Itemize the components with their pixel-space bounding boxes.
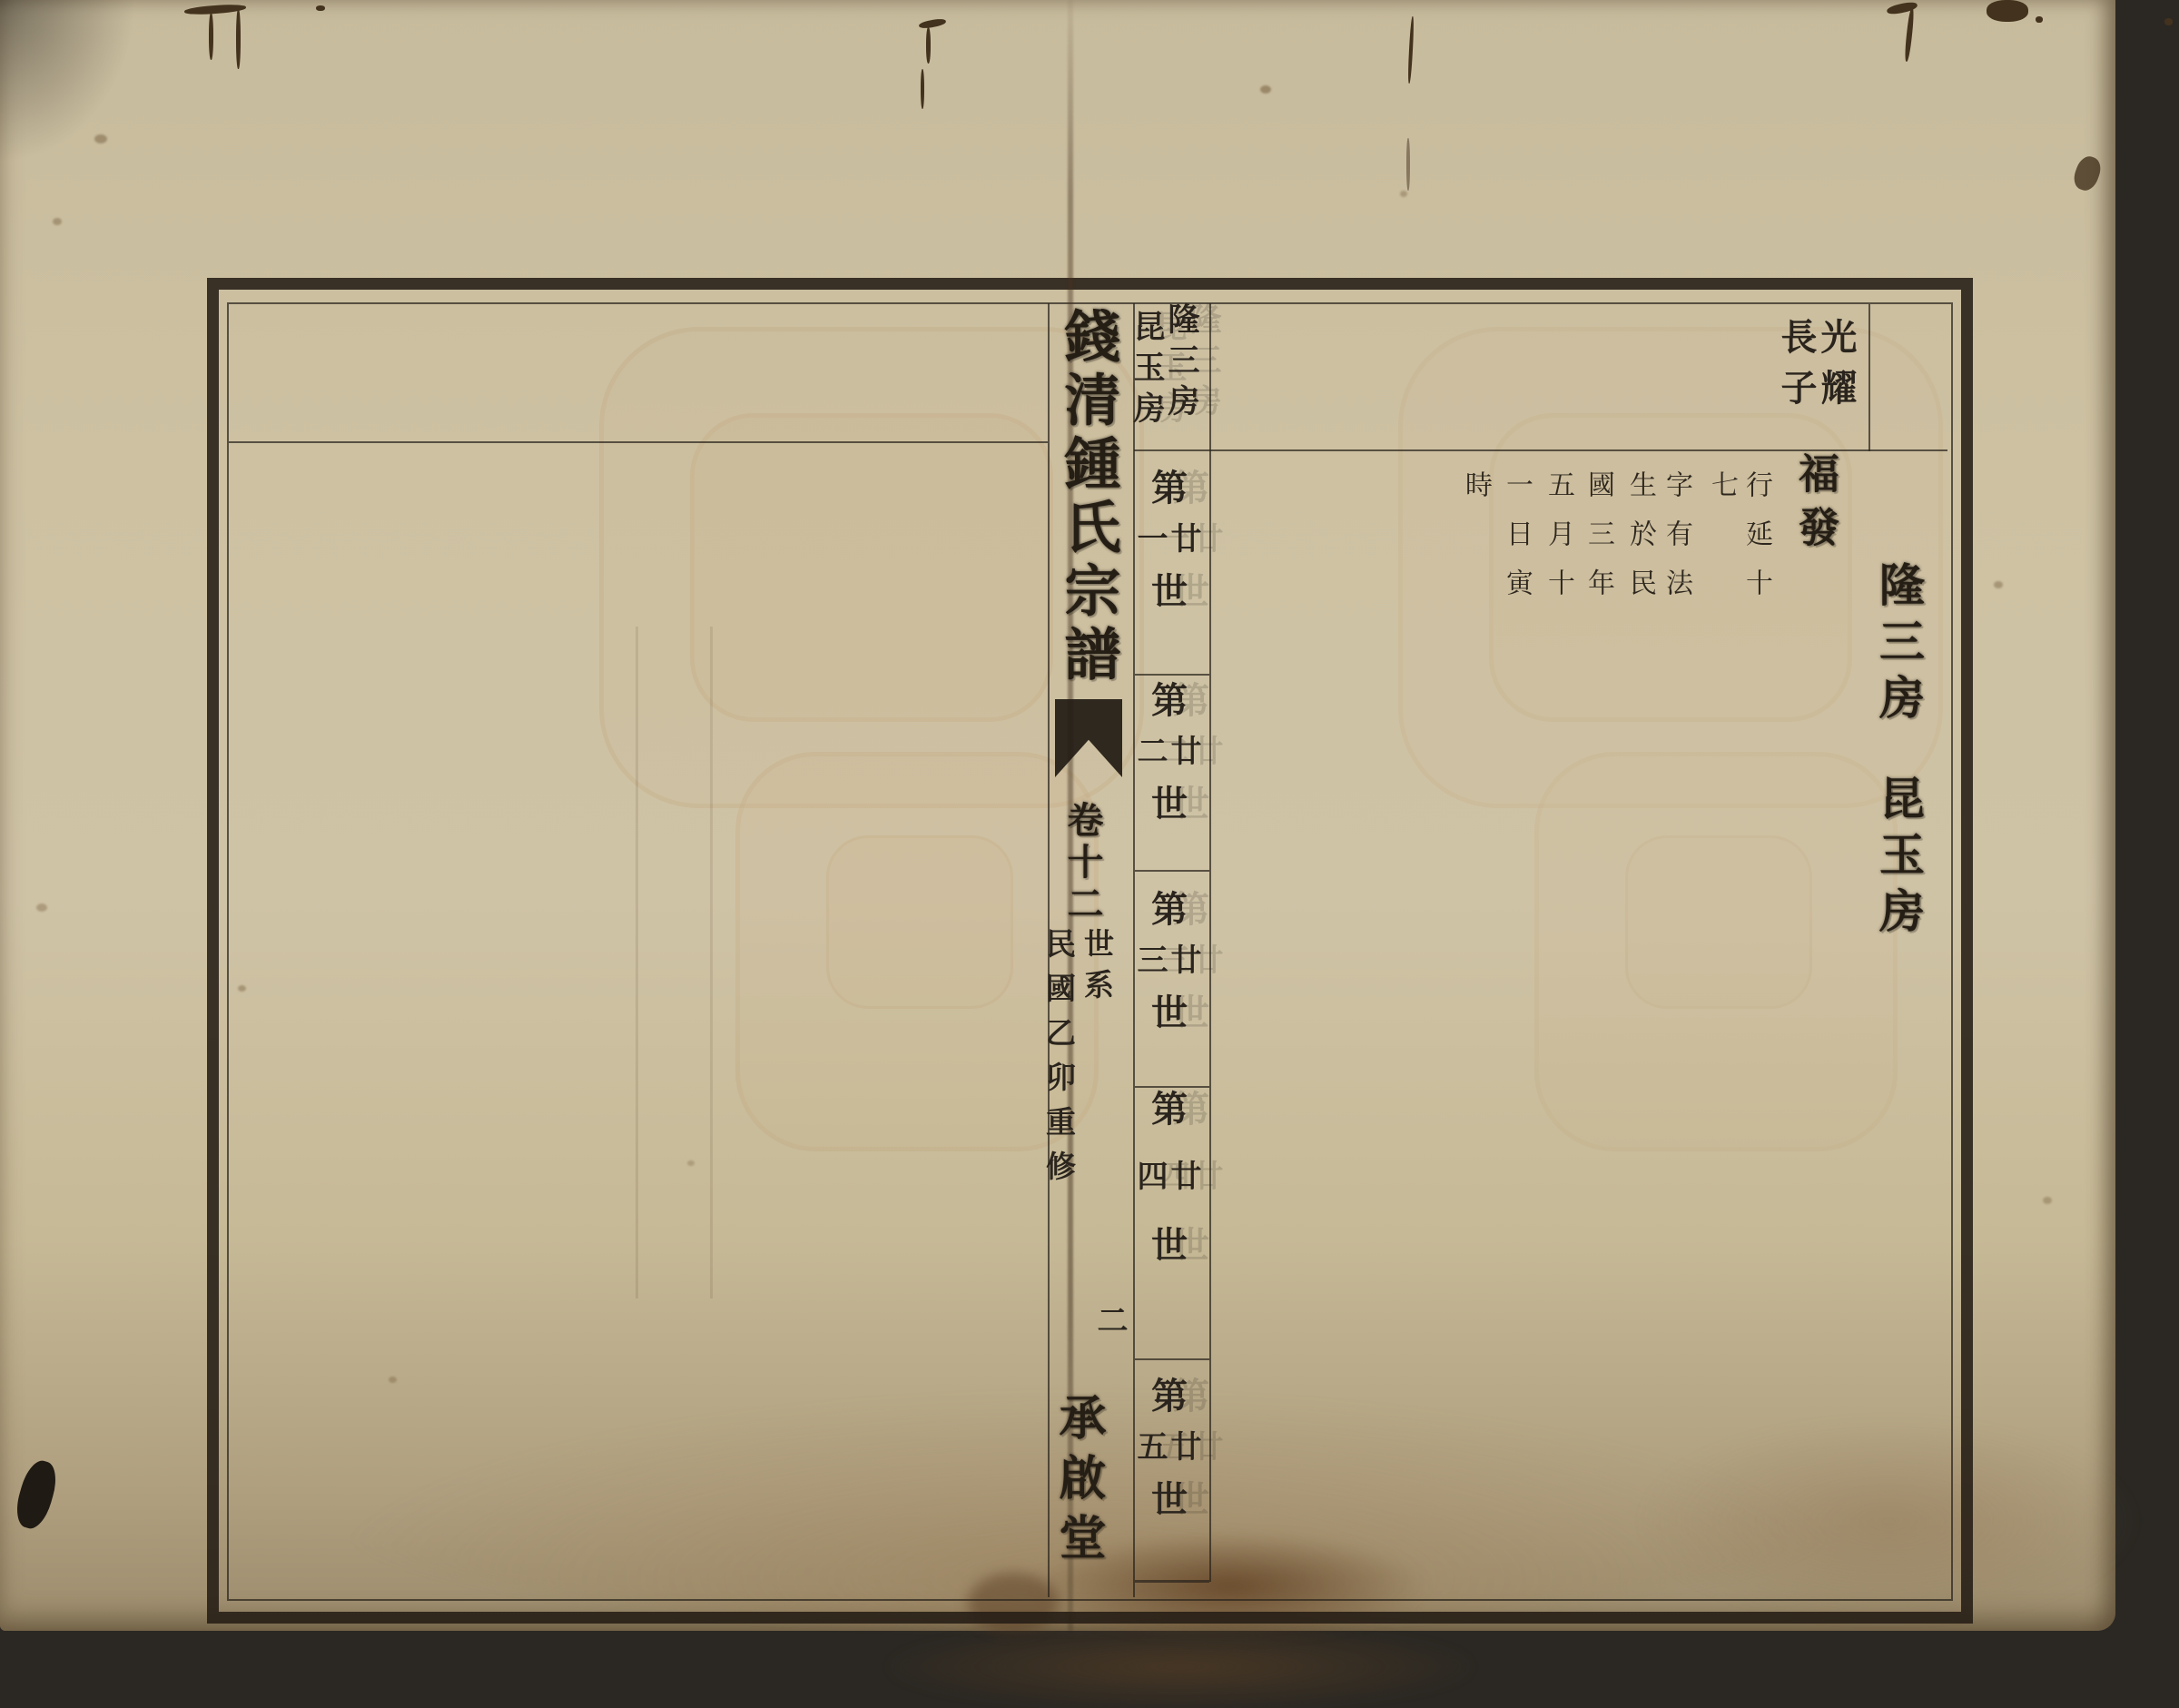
ink-mark bbox=[209, 13, 213, 60]
toc-entry-gen-25: 第 廿五 世 bbox=[1126, 1378, 1213, 1518]
biography-col-2-right: 字有法 bbox=[1662, 470, 1690, 617]
toc-bottom-rule bbox=[1135, 1580, 1209, 1583]
toc-entry-suffix: 世 bbox=[1151, 995, 1188, 1032]
ink-mark bbox=[921, 69, 924, 109]
foxing-dot bbox=[94, 134, 107, 143]
ink-mark bbox=[316, 5, 325, 11]
biography-col-4-right: 一日寅 bbox=[1503, 470, 1530, 617]
foxing-dot bbox=[2043, 1197, 2052, 1204]
toc-entry-num: 廿 bbox=[1171, 525, 1202, 556]
header-rule-right-page bbox=[1134, 449, 1947, 451]
header-rule-left-page bbox=[229, 441, 1048, 443]
toc-entry-num: 廿 bbox=[1171, 1433, 1202, 1464]
corner-shadow bbox=[0, 0, 136, 163]
toc-entry-num: 一 bbox=[1138, 525, 1168, 556]
foxing-dot bbox=[36, 903, 47, 912]
toc-entry-prefix: 第 bbox=[1151, 1378, 1188, 1415]
ink-mark bbox=[926, 27, 931, 64]
toc-entry-gen-22: 第 廿二 世 bbox=[1126, 683, 1213, 823]
toc-entry-num: 五 bbox=[1138, 1433, 1168, 1464]
foxing-dot bbox=[1400, 191, 1407, 197]
toc-entry-num: 廿 bbox=[1171, 737, 1202, 768]
stain bbox=[890, 1625, 1471, 1708]
biography-col-1-right: 行延十 bbox=[1742, 470, 1770, 617]
toc-entry-prefix: 第 bbox=[1151, 470, 1188, 507]
toc-entry-num: 三 bbox=[1138, 946, 1168, 977]
toc-branch-header-left: 昆玉房 bbox=[1131, 310, 1163, 432]
spine-section-label: 世系 bbox=[1080, 928, 1110, 1010]
toc-entry-num: 二 bbox=[1138, 737, 1168, 768]
foxing-dot bbox=[1994, 581, 2003, 588]
toc-entry-prefix: 第 bbox=[1151, 1091, 1188, 1128]
toc-separator bbox=[1135, 674, 1209, 676]
spine-edition-note: 民國乙卯重修 bbox=[1042, 928, 1072, 1195]
toc-entry-num: 廿 bbox=[1171, 1162, 1202, 1193]
branch-title-line1: 隆三房 bbox=[1876, 561, 1921, 730]
biography-col-1-left: 七 bbox=[1708, 470, 1735, 519]
ink-mark bbox=[1406, 138, 1410, 191]
toc-entry-prefix: 第 bbox=[1151, 683, 1188, 719]
header-band-divider bbox=[1868, 304, 1870, 451]
entry-person-name: 福發 bbox=[1794, 452, 1835, 559]
biography-col-2-left: 生於民 bbox=[1626, 470, 1653, 617]
spine-volume-label: 卷十二 bbox=[1064, 801, 1100, 926]
spine-hall-name: 承啟堂 bbox=[1053, 1393, 1100, 1573]
ink-mark bbox=[2036, 16, 2043, 23]
biography-col-3-right: 國三年 bbox=[1584, 470, 1612, 617]
toc-separator bbox=[1135, 1358, 1209, 1360]
toc-entry-gen-23: 第 廿三 世 bbox=[1126, 892, 1213, 1032]
toc-entry-suffix: 世 bbox=[1151, 1228, 1188, 1264]
toc-entry-suffix: 世 bbox=[1151, 574, 1188, 610]
ink-mark bbox=[236, 9, 241, 69]
entry-father-name: 光耀 bbox=[1818, 318, 1854, 420]
toc-entry-num: 四 bbox=[1138, 1162, 1168, 1193]
branch-title-line2: 昆玉房 bbox=[1876, 775, 1921, 943]
toc-entry-prefix: 第 bbox=[1151, 892, 1188, 928]
spine-leaf-number: 二 bbox=[1093, 1304, 1124, 1335]
toc-separator bbox=[1135, 870, 1209, 872]
biography-col-4-left: 時 bbox=[1462, 470, 1489, 519]
toc-entry-gen-24: 第 廿四 世 bbox=[1126, 1091, 1213, 1264]
foxing-dot bbox=[1260, 85, 1271, 94]
ink-mark bbox=[2164, 18, 2173, 25]
toc-entry-suffix: 世 bbox=[1151, 786, 1188, 823]
ink-mark bbox=[1987, 0, 2028, 22]
toc-entry-gen-21: 第 廿一 世 bbox=[1126, 470, 1213, 610]
genealogy-book-scan: 錢清鍾氏宗譜 卷十二 世系 民國乙卯重修 二 承啟堂 隆三房 昆玉房 第 廿一 … bbox=[0, 0, 2179, 1708]
toc-separator bbox=[1135, 1086, 1209, 1088]
biography-col-3-left: 五月十 bbox=[1544, 470, 1572, 617]
toc-entry-num: 廿 bbox=[1171, 946, 1202, 977]
foxing-dot bbox=[53, 218, 62, 225]
toc-branch-header-right: 隆三房 bbox=[1166, 302, 1198, 425]
entry-relation-label: 長子 bbox=[1778, 318, 1814, 420]
spine-book-title: 錢清鍾氏宗譜 bbox=[1059, 307, 1115, 688]
toc-entry-suffix: 世 bbox=[1151, 1482, 1188, 1518]
